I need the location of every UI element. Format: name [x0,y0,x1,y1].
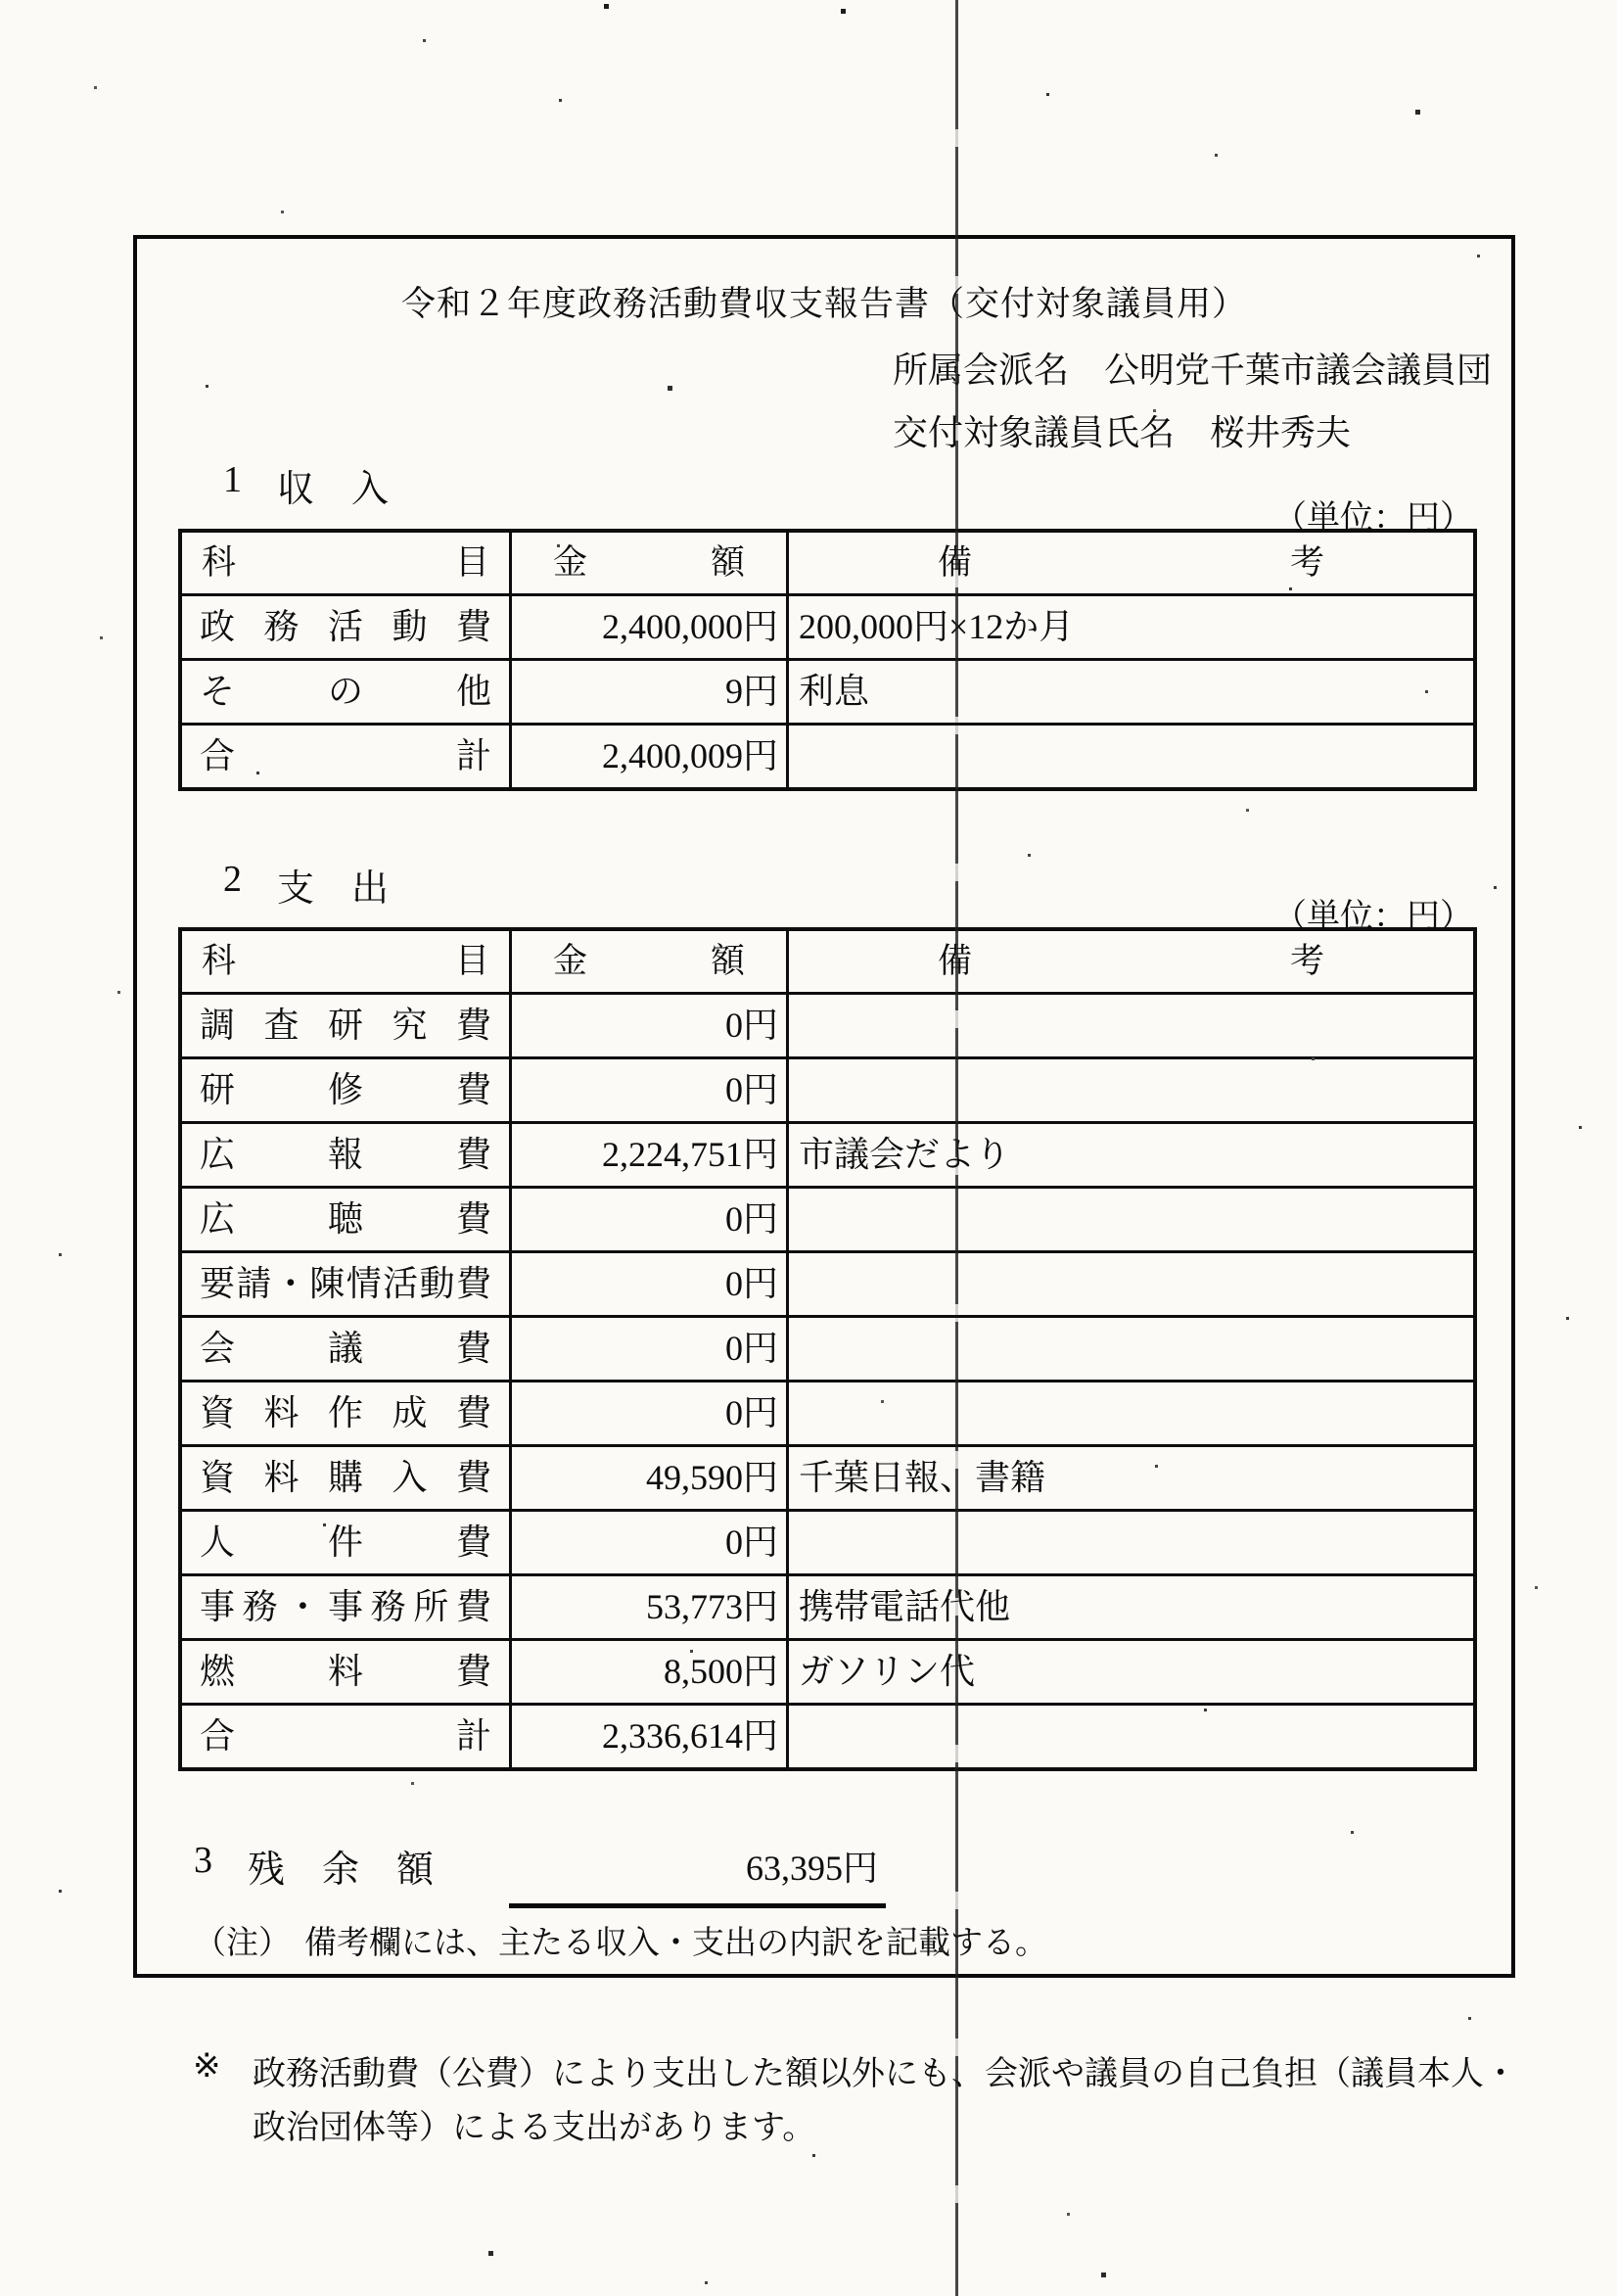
balance-section-number: 3 [194,1839,212,1893]
expense-row-note [789,1512,1473,1573]
income-row-amount: 9円 [512,661,786,723]
expense-row-note [789,1318,1473,1380]
expense-row-item: 広報費 [182,1124,509,1186]
expense-row-amount: 0円 [512,1253,786,1315]
expense-section-number: 2 [223,858,242,912]
expense-row-item: 資料作成費 [182,1382,509,1444]
expense-row-amount: 8,500円 [512,1641,786,1703]
expense-row-item: 会議費 [182,1318,509,1380]
expense-row-amount: 0円 [512,1189,786,1250]
income-row-item: 政務活動費 [182,596,509,658]
income-column-header-note: 備考 [789,533,1473,593]
faction-label: 所属会派名 [893,343,1069,393]
expense-column-header-amount: 金額 [512,931,786,992]
expense-row-note [789,995,1473,1056]
expense-row-note [789,1189,1473,1250]
faction-name-line: 所属会派名 公明党千葉市議会議員団 [893,343,1492,393]
expense-row-amount: 0円 [512,1512,786,1573]
balance-amount: 63,395円 [746,1841,878,1891]
expense-row-amount: 0円 [512,1318,786,1380]
expense-row-item: 燃料費 [182,1641,509,1703]
expense-table: 科目 金額 備考 調査研究費 0円 研修費 0円 広報費 2,224,751円 … [178,927,1477,1771]
expense-row-amount: 2,224,751円 [512,1124,786,1186]
member-label: 交付対象議員氏名 [893,405,1175,455]
expense-row-item: 調査研究費 [182,995,509,1056]
income-section-number: 1 [223,458,242,512]
faction-value: 公明党千葉市議会議員団 [1104,343,1492,393]
expense-row-note: 携帯電話代他 [789,1576,1473,1638]
income-row-note: 200,000円×12か月 [789,596,1473,658]
income-section-label: 収 入 [277,458,389,512]
expense-row-note: ガソリン代 [789,1641,1473,1703]
document-title: 令和２年度政務活動費収支報告書（交付対象議員用） [401,277,1247,326]
expense-row-note [789,1253,1473,1315]
income-total-note [789,726,1473,787]
income-column-header-amount: 金額 [512,533,786,593]
expense-total-note [789,1706,1473,1767]
income-total-item: 合計 [182,726,509,787]
footnote-line-1: 政務活動費（公費）により支出した額以外にも、会派や議員の自己負担（議員本人・ [253,2046,1517,2094]
income-row-amount: 2,400,000円 [512,596,786,658]
footnote-marker: ※ [193,2046,221,2085]
member-value: 桜井秀夫 [1210,405,1351,455]
expense-row-note: 市議会だより [789,1124,1473,1186]
income-row-note: 利息 [789,661,1473,723]
footnote-line-2: 政治団体等）による支出があります。 [253,2100,815,2148]
expense-total-item: 合計 [182,1706,509,1767]
expense-row-note [789,1059,1473,1121]
remarks-note-text: 備考欄には、主たる収入・支出の内訳を記載する。 [304,1917,1047,1963]
expense-row-item: 人件費 [182,1512,509,1573]
expense-row-amount: 49,590円 [512,1447,786,1509]
balance-underline [509,1903,886,1908]
expense-row-note: 千葉日報、書籍 [789,1447,1473,1509]
expense-row-amount: 0円 [512,1382,786,1444]
expense-row-amount: 0円 [512,995,786,1056]
expense-column-header-note: 備考 [789,931,1473,992]
expense-row-item: 研修費 [182,1059,509,1121]
expense-row-amount: 0円 [512,1059,786,1121]
expense-row-item: 事務・事務所費 [182,1576,509,1638]
balance-section-label: 残 余 額 [248,1839,434,1893]
income-column-header-item: 科目 [182,533,509,593]
income-table: 科目 金額 備考 政務活動費 2,400,000円 200,000円×12か月 … [178,529,1477,791]
income-section-heading: 1 収 入 [223,458,389,512]
income-row-item: その他 [182,661,509,723]
remarks-note: （注） 備考欄には、主たる収入・支出の内訳を記載する。 [194,1917,1047,1963]
scan-noise [0,0,3,3]
expense-row-amount: 53,773円 [512,1576,786,1638]
member-name-line: 交付対象議員氏名 桜井秀夫 [893,405,1351,455]
expense-column-header-item: 科目 [182,931,509,992]
expense-section-label: 支 出 [277,858,389,912]
expense-row-item: 要請・陳情活動費 [182,1253,509,1315]
expense-row-item: 広聴費 [182,1189,509,1250]
balance-section-heading: 3 残 余 額 [194,1839,434,1893]
expense-total-amount: 2,336,614円 [512,1706,786,1767]
expense-row-note [789,1382,1473,1444]
expense-row-item: 資料購入費 [182,1447,509,1509]
scanned-report-page: 令和２年度政務活動費収支報告書（交付対象議員用） 所属会派名 公明党千葉市議会議… [0,0,1617,2296]
expense-section-heading: 2 支 出 [223,858,389,912]
remarks-note-label: （注） [194,1917,291,1963]
income-total-amount: 2,400,009円 [512,726,786,787]
